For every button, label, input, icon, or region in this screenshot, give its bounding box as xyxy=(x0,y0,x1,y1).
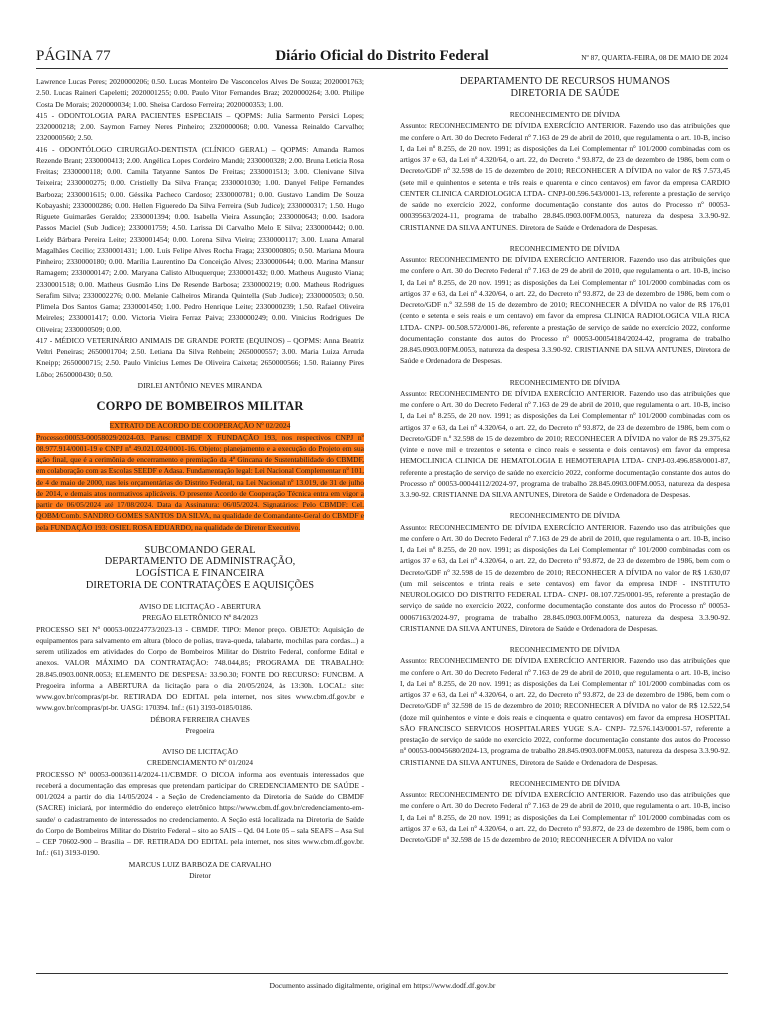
notice-3-body: Assunto: RECONHECIMENTO DE DÍVIDA EXERCÍ… xyxy=(400,388,730,501)
aviso-1-signer-role: Pregoeira xyxy=(36,725,364,736)
notice-5-title: RECONHECIMENTO DE DÍVIDA xyxy=(400,644,730,655)
dept-line-1: SUBCOMANDO GERAL xyxy=(36,545,364,557)
notice-4-title: RECONHECIMENTO DE DÍVIDA xyxy=(400,510,730,521)
notice-6-body: Assunto: RECONHECIMENTO DE DÍVIDA EXERCÍ… xyxy=(400,789,730,845)
rh-dept-line-1: DEPARTAMENTO DE RECURSOS HUMANOS xyxy=(400,76,730,88)
extrato-body-text: Processo:00053-00058029/2024-03. Partes:… xyxy=(36,433,364,532)
item-417: 417 - MÉDICO VETERINÁRIO ANIMAIS DE GRAN… xyxy=(36,335,364,380)
footer-signature-note: Documento assinado digitalmente, origina… xyxy=(0,981,765,990)
notice-1-body: Assunto: RECONHECIMENTO DE DÍVIDA EXERCÍ… xyxy=(400,120,730,233)
aviso-1-title: AVISO DE LICITAÇÃO - ABERTURA xyxy=(36,601,364,612)
aviso-2-title: AVISO DE LICITAÇÃO xyxy=(36,746,364,757)
aviso-1-body: PROCESSO SEI Nº 00053-00224773/2023-13 -… xyxy=(36,624,364,714)
continuation-paragraph: Lawrence Lucas Peres; 2020000206; 0.50. … xyxy=(36,76,364,110)
notice-1-title: RECONHECIMENTO DE DÍVIDA xyxy=(400,109,730,120)
aviso-1-signer: DÉBORA FERREIRA CHAVES xyxy=(36,714,364,725)
rh-dept-line-2: DIRETORIA DE SAÚDE xyxy=(400,88,730,100)
dept-line-4: DIRETORIA DE CONTRATAÇÕES E AQUISIÇÕES xyxy=(36,580,364,592)
dept-line-2: DEPARTAMENTO DE ADMINISTRAÇÃO, xyxy=(36,556,364,568)
edition-info: Nº 87, QUARTA-FEIRA, 08 DE MAIO DE 2024 xyxy=(581,53,728,62)
extrato-body: Processo:00053-00058029/2024-03. Partes:… xyxy=(36,432,364,533)
footer-divider xyxy=(36,973,728,974)
aviso-2-signer: MARCUS LUIZ BARBOZA DE CARVALHO xyxy=(36,859,364,870)
aviso-2-body: PROCESSO Nº 00053-00036114/2024-11/CBMDF… xyxy=(36,769,364,859)
dept-line-3: LOGÍSTICA E FINANCEIRA xyxy=(36,568,364,580)
section-title-corpo-bombeiros: CORPO DE BOMBEIROS MILITAR xyxy=(36,401,364,412)
notice-2-title: RECONHECIMENTO DE DÍVIDA xyxy=(400,243,730,254)
header-divider xyxy=(36,68,728,69)
aviso-2-signer-role: Diretor xyxy=(36,870,364,881)
aviso-2-subtitle: CREDENCIAMENTO Nº 01/2024 xyxy=(36,757,364,768)
item-416: 416 - ODONTÓLOGO CIRURGIÃO-DENTISTA (CLÍ… xyxy=(36,144,364,335)
notice-4-body: Assunto: RECONHECIMENTO DE DÍVIDA EXERCÍ… xyxy=(400,522,730,635)
item-415: 415 - ODONTOLOGIA PARA PACIENTES ESPECIA… xyxy=(36,110,364,144)
aviso-1-subtitle: PREGÃO ELETRÔNICO Nº 84/2023 xyxy=(36,612,364,623)
signature-dirlei: DIRLEI ANTÔNIO NEVES MIRANDA xyxy=(36,380,364,391)
notice-3-title: RECONHECIMENTO DE DÍVIDA xyxy=(400,377,730,388)
page-header: PÁGINA 77 Diário Oficial do Distrito Fed… xyxy=(36,48,728,68)
notice-5-body: Assunto: RECONHECIMENTO DE DÍVIDA EXERCÍ… xyxy=(400,655,730,768)
extrato-title: EXTRATO DE ACORDO DE COOPERAÇÃO Nº 02/20… xyxy=(36,420,364,431)
extrato-title-text: EXTRATO DE ACORDO DE COOPERAÇÃO Nº 02/20… xyxy=(110,421,291,430)
left-column: Lawrence Lucas Peres; 2020000206; 0.50. … xyxy=(36,76,364,881)
notice-2-body: Assunto: RECONHECIMENTO DE DÍVIDA EXERCÍ… xyxy=(400,254,730,367)
notice-6-title: RECONHECIMENTO DE DÍVIDA xyxy=(400,778,730,789)
right-column: DEPARTAMENTO DE RECURSOS HUMANOS DIRETOR… xyxy=(400,76,730,845)
